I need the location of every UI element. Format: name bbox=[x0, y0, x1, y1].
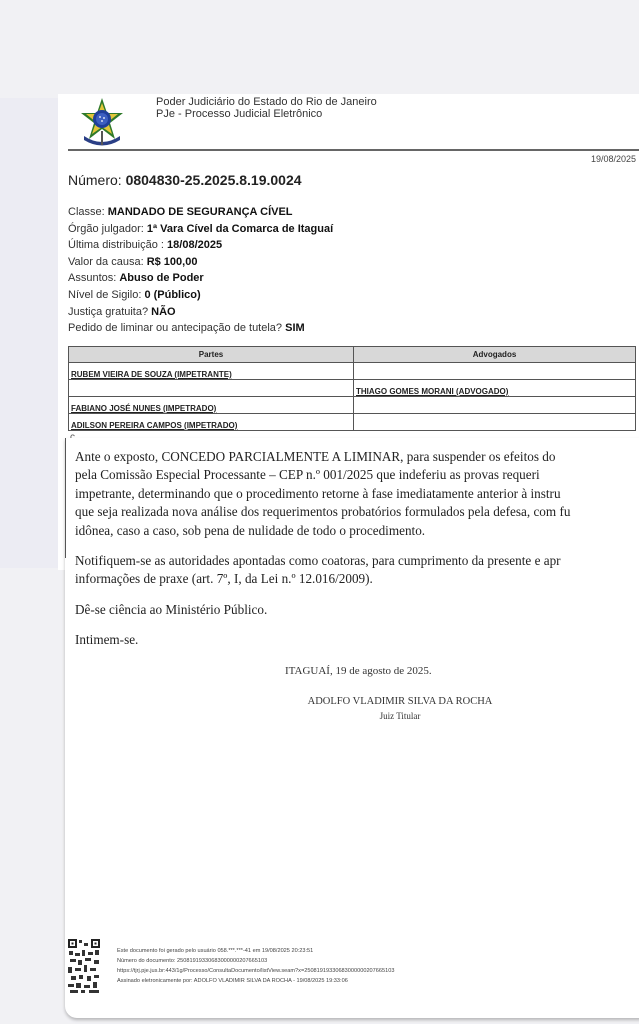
field-nivel-sigilo: Nível de Sigilo: 0 (Público) bbox=[68, 287, 333, 304]
party-cell bbox=[69, 380, 354, 397]
field-label: Nível de Sigilo: bbox=[68, 289, 144, 301]
brazil-coat-of-arms-icon bbox=[76, 96, 128, 148]
column-header-advogados: Advogados bbox=[354, 347, 636, 363]
lawyer-cell bbox=[354, 414, 636, 431]
parties-table: Partes Advogados RUBEM VIEIRA DE SOUZA (… bbox=[68, 346, 636, 431]
table-row: THIAGO GOMES MORANI (ADVOGADO) bbox=[69, 380, 636, 397]
field-label: Órgão julgador: bbox=[68, 223, 147, 235]
field-label: Assuntos: bbox=[68, 272, 119, 284]
field-label: Última distribuição : bbox=[68, 239, 167, 251]
document-header: Poder Judiciário do Estado do Rio de Jan… bbox=[76, 96, 639, 148]
party-cell[interactable]: RUBEM VIEIRA DE SOUZA (IMPETRANTE) bbox=[69, 363, 354, 380]
electronic-signature-info: Este documento foi gerado pelo usuário 0… bbox=[117, 946, 394, 986]
lawyer-cell[interactable]: THIAGO GOMES MORANI (ADVOGADO) bbox=[354, 380, 636, 397]
org-line-1: Poder Judiciário do Estado do Rio de Jan… bbox=[156, 96, 377, 108]
process-number-label: Número: bbox=[68, 172, 126, 188]
decision-paragraph-1: Ante o exposto, CONCEDO PARCIALMENTE A L… bbox=[75, 448, 639, 540]
field-justica-gratuita: Justiça gratuita? NÃO bbox=[68, 304, 333, 321]
field-orgao-julgador: Órgão julgador: 1ª Vara Cível da Comarca… bbox=[68, 221, 333, 238]
table-row: FABIANO JOSÉ NUNES (IMPETRADO) bbox=[69, 397, 636, 414]
field-value: 0 (Público) bbox=[144, 289, 200, 301]
judge-signature: ADOLFO VLADIMIR SILVA DA ROCHA Juiz Titu… bbox=[290, 696, 510, 721]
text-line: pela Comissão Especial Processante – CEP… bbox=[75, 467, 540, 482]
lawyer-cell bbox=[354, 397, 636, 414]
table-header-row: Partes Advogados bbox=[69, 347, 636, 363]
field-ultima-distribuicao: Última distribuição : 18/08/2025 bbox=[68, 237, 333, 254]
field-classe: Classe: MANDADO DE SEGURANÇA CÍVEL bbox=[68, 204, 333, 221]
field-label: Classe: bbox=[68, 206, 108, 218]
field-value: Abuso de Poder bbox=[119, 272, 203, 284]
judge-name: ADOLFO VLADIMIR SILVA DA ROCHA bbox=[290, 696, 510, 707]
decision-paragraph-3: Dê-se ciência ao Ministério Público. bbox=[75, 601, 639, 619]
text-line: idônea, caso a caso, sob pena de nulidad… bbox=[75, 523, 425, 538]
process-fields: Classe: MANDADO DE SEGURANÇA CÍVEL Órgão… bbox=[68, 204, 333, 337]
signed-by-line: Assinado eletronicamente por: ADOLFO VLA… bbox=[117, 976, 394, 986]
field-value: SIM bbox=[285, 322, 305, 334]
judge-role: Juiz Titular bbox=[290, 711, 510, 721]
process-number-value: 0804830-25.2025.8.19.0024 bbox=[126, 172, 302, 188]
text-line: impetrante, determinando que o procedime… bbox=[75, 486, 561, 501]
field-label: Pedido de liminar ou antecipação de tute… bbox=[68, 322, 285, 334]
background-panel bbox=[0, 98, 60, 568]
decision-paragraph-2: Notifiquem-se as autoridades apontadas c… bbox=[75, 552, 639, 589]
organization-name: Poder Judiciário do Estado do Rio de Jan… bbox=[156, 96, 377, 120]
process-number: Número: 0804830-25.2025.8.19.0024 bbox=[68, 172, 302, 188]
table-row: ADILSON PEREIRA CAMPOS (IMPETRADO) bbox=[69, 414, 636, 431]
decision-page: Ante o exposto, CONCEDO PARCIALMENTE A L… bbox=[65, 438, 639, 1018]
column-header-partes: Partes bbox=[69, 347, 354, 363]
field-valor-causa: Valor da causa: R$ 100,00 bbox=[68, 254, 333, 271]
qr-code-icon[interactable] bbox=[67, 938, 101, 994]
field-value: 18/08/2025 bbox=[167, 239, 222, 251]
org-line-2: PJe - Processo Judicial Eletrônico bbox=[156, 108, 377, 120]
field-value: NÃO bbox=[151, 306, 175, 318]
header-divider bbox=[68, 149, 639, 151]
field-value: 1ª Vara Cível da Comarca de Itaguaí bbox=[147, 223, 333, 235]
field-pedido-liminar: Pedido de liminar ou antecipação de tute… bbox=[68, 320, 333, 337]
field-assuntos: Assuntos: Abuso de Poder bbox=[68, 270, 333, 287]
field-label: Justiça gratuita? bbox=[68, 306, 151, 318]
generated-by-line: Este documento foi gerado pelo usuário 0… bbox=[117, 946, 394, 956]
field-value: MANDADO DE SEGURANÇA CÍVEL bbox=[108, 206, 293, 218]
field-label: Valor da causa: bbox=[68, 256, 147, 268]
text-line: informações de praxe (art. 7º, I, da Lei… bbox=[75, 571, 373, 586]
document-number-line: Número do documento: 2508191933068300000… bbox=[117, 956, 394, 966]
party-cell[interactable]: ADILSON PEREIRA CAMPOS (IMPETRADO) bbox=[69, 414, 354, 431]
place-and-date: ITAGUAÍ, 19 de agosto de 2025. bbox=[65, 665, 639, 677]
print-date: 19/08/2025 bbox=[591, 154, 636, 164]
text-line: que seja realizada nova análise dos requ… bbox=[75, 504, 570, 519]
decision-text: Ante o exposto, CONCEDO PARCIALMENTE A L… bbox=[75, 448, 639, 662]
text-line: Notifiquem-se as autoridades apontadas c… bbox=[75, 553, 561, 568]
lawyer-cell bbox=[354, 363, 636, 380]
field-value: R$ 100,00 bbox=[147, 256, 198, 268]
text-line: Ante o exposto, CONCEDO PARCIALMENTE A L… bbox=[75, 449, 555, 464]
party-cell[interactable]: FABIANO JOSÉ NUNES (IMPETRADO) bbox=[69, 397, 354, 414]
margin-line bbox=[65, 438, 66, 558]
decision-paragraph-4: Intimem-se. bbox=[75, 631, 639, 649]
document-url-link[interactable]: https://tjrj.pje.jus.br:443/1g/Processo/… bbox=[117, 966, 394, 976]
table-row: RUBEM VIEIRA DE SOUZA (IMPETRANTE) bbox=[69, 363, 636, 380]
